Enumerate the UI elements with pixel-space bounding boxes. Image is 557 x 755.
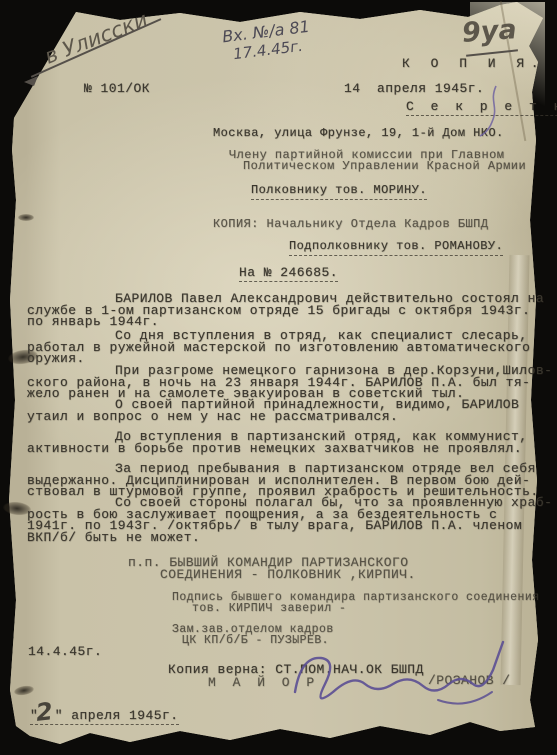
paper-damage-mark xyxy=(18,214,34,221)
paragraph-7: Со своей стороны полагал бы, что за проя… xyxy=(27,497,543,543)
document-date: 14 апреля 1945г. xyxy=(344,83,484,95)
rank-label: М А Й О Р xyxy=(208,677,319,689)
body-line: активности в борьбе против немецких захв… xyxy=(27,443,543,455)
paragraph-4: О своей партийной принадлежности, видимо… xyxy=(27,399,543,422)
paragraph-6: За период пребывания в партизанском отря… xyxy=(27,463,543,498)
reference-number: На № 246685. xyxy=(239,267,338,282)
document-number: № 101/ОК xyxy=(84,83,150,95)
typed-date: 14.4.45г. xyxy=(28,646,102,658)
recipient-address: Москва, улица Фрунзе, 19, 1-й Дом НКО. xyxy=(213,128,504,140)
footer-day-pencil: 2 xyxy=(35,697,55,727)
paragraph-3: При разгроме немецкого гарнизона в дер.К… xyxy=(27,365,543,400)
paragraph-1: БАРИЛОВ Павел Александрович действительн… xyxy=(27,293,543,328)
copy-recipient-name: Подполковнику тов. РОМАНОВУ. xyxy=(289,241,503,256)
copy-label: К О П И Я. xyxy=(402,58,545,70)
page-number-pencil: 9уа xyxy=(461,14,518,49)
recipient-line2: Политическом Управлении Красной Армии xyxy=(243,161,526,173)
copy-certified-line: Копия верна: СТ.ПОМ.НАЧ.ОК БШПД xyxy=(168,664,424,676)
certifier-name: /РОЗАНОВ / xyxy=(428,675,511,687)
secrecy-label: С е к р е т н о. xyxy=(406,101,557,116)
paragraph-5: До вступления в партизанский отряд, как … xyxy=(27,431,543,454)
dept-line2: ЦК КП/б/Б - ПУЗЫРЕВ. xyxy=(182,635,329,647)
pp-commander-line2: СОЕДИНЕНИЯ - ПОЛКОВНИК ,КИРПИЧ. xyxy=(160,569,416,581)
body-line: работал в ружейной мастерской по изготов… xyxy=(27,342,543,354)
body-line: ВКП/б/ быть не может. xyxy=(27,532,543,544)
certify-line2: тов. КИРПИЧ заверил - xyxy=(192,603,346,615)
paragraph-2: Со дня вступления в отряд, как специалис… xyxy=(27,330,543,365)
body-line: утаил и вопрос о нем у нас не рассматрив… xyxy=(27,411,543,423)
recipient-name: Полковнику тов. МОРИНУ. xyxy=(251,185,427,200)
copy-recipient: КОПИЯ: Начальнику Отдела Кадров БШПД xyxy=(213,219,488,231)
